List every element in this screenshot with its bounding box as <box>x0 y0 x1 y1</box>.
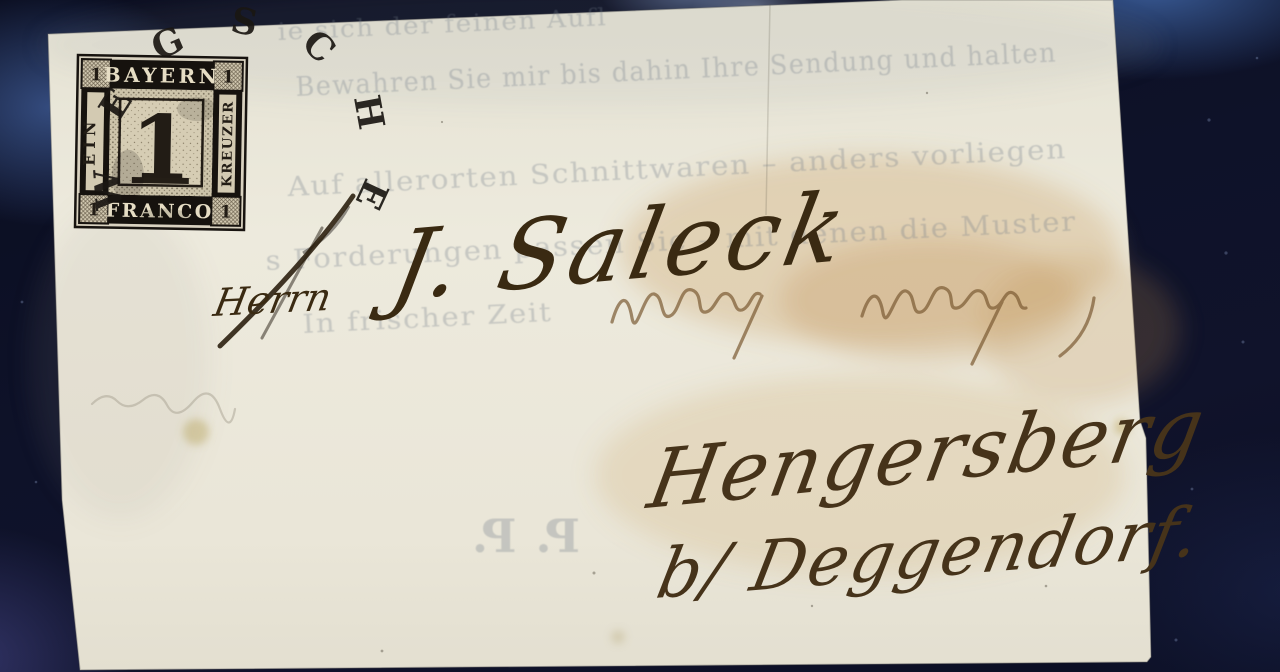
pp-mark: P. P. <box>471 509 581 563</box>
corner-numeral: 1 <box>220 203 232 223</box>
stain <box>30 200 210 520</box>
fox-spot <box>183 419 209 445</box>
letter-scene: ie sich der feinen Aufl Bewahren Sie mir… <box>0 0 1280 672</box>
salutation-text: Herrn <box>209 275 335 326</box>
pp-mark-text: P. P. <box>471 509 581 563</box>
fox-spot <box>611 630 625 644</box>
photo-old-letter: ie sich der feinen Aufl Bewahren Sie mir… <box>0 0 1280 672</box>
stamp-kreuzer-label: KREUZER <box>219 100 237 187</box>
address-salutation: Herrn <box>207 275 338 326</box>
corner-numeral: 1 <box>222 68 234 88</box>
corner-numeral: 1 <box>90 65 102 85</box>
